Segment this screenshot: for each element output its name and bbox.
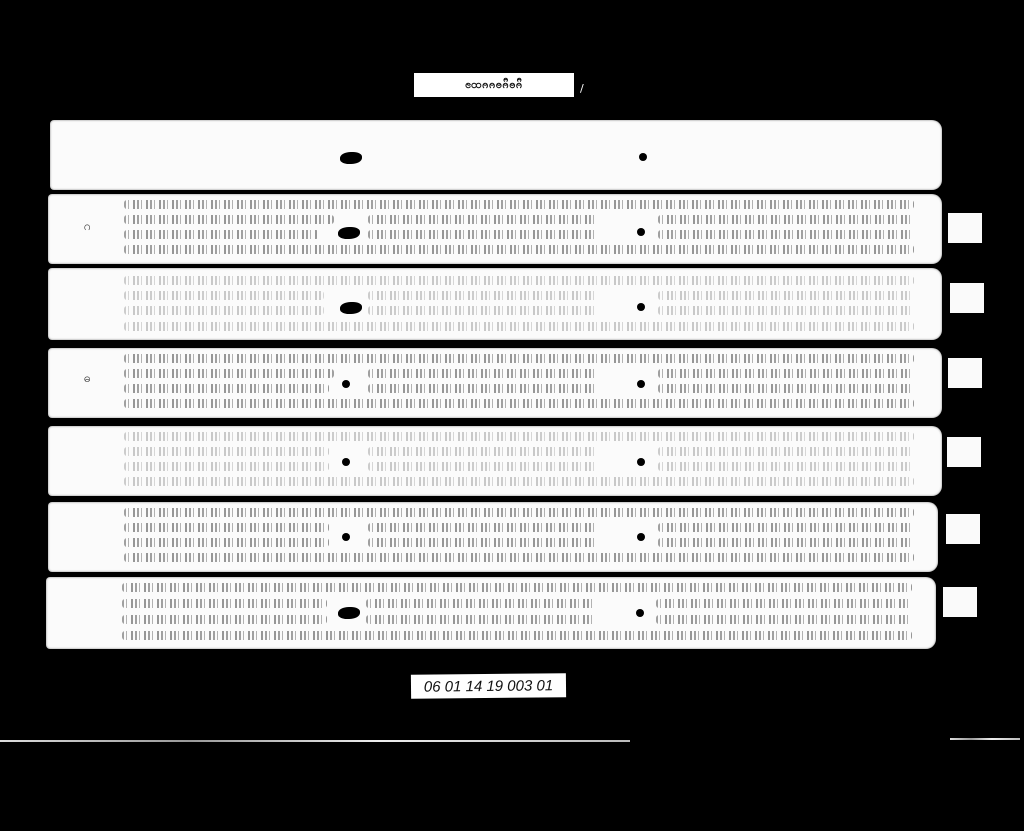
string-hole-icon <box>637 533 645 541</box>
leaf-number: ဓ <box>84 370 91 388</box>
script-line <box>122 615 327 624</box>
string-hole-icon <box>338 607 360 619</box>
script-line <box>658 523 913 532</box>
string-hole-icon <box>637 303 645 311</box>
leaf-1: ဂ <box>48 194 942 264</box>
script-line <box>368 447 598 456</box>
script-line <box>656 599 911 608</box>
script-line <box>368 230 598 239</box>
script-line <box>368 291 598 300</box>
script-line <box>124 306 324 315</box>
script-line <box>124 215 334 224</box>
leaf-number: ဂ <box>84 218 91 236</box>
script-line <box>658 215 913 224</box>
script-line <box>658 384 913 393</box>
leaf-tab <box>948 213 982 243</box>
script-line <box>368 384 598 393</box>
script-line <box>124 399 914 408</box>
script-line <box>124 553 914 562</box>
string-hole-icon <box>637 458 645 466</box>
film-edge-line <box>0 740 630 742</box>
script-line <box>368 523 598 532</box>
leaf-6 <box>46 577 936 649</box>
script-line <box>368 215 598 224</box>
string-hole-icon <box>639 153 647 161</box>
leaf-cover <box>50 120 942 190</box>
script-line <box>368 462 598 471</box>
script-line <box>124 200 914 209</box>
leaf-3: ဓ <box>48 348 942 418</box>
script-line <box>124 384 329 393</box>
leaf-tab <box>947 437 981 467</box>
script-line <box>124 462 329 471</box>
leaf-tab <box>946 514 980 544</box>
script-line <box>366 615 596 624</box>
string-hole-icon <box>340 302 362 314</box>
leaf-2 <box>48 268 942 340</box>
leaf-tab <box>950 283 984 313</box>
catalog-number-label: 06 01 14 19 003 01 <box>411 673 566 699</box>
string-hole-icon <box>338 227 360 239</box>
script-line <box>656 615 911 624</box>
script-line <box>124 523 329 532</box>
script-line <box>124 538 329 547</box>
leaf-5 <box>48 502 938 572</box>
title-label-text: ထေမမဓမ္မဓမ္မ <box>465 77 523 93</box>
string-hole-icon <box>342 380 350 388</box>
script-line <box>124 291 324 300</box>
script-line <box>658 230 913 239</box>
leaf-tab <box>943 587 977 617</box>
script-line <box>124 477 914 486</box>
script-line <box>366 599 596 608</box>
script-line <box>122 631 912 640</box>
catalog-number: 06 01 14 19 003 01 <box>424 677 553 695</box>
script-line <box>658 306 913 315</box>
script-line <box>368 369 598 378</box>
string-hole-icon <box>636 609 644 617</box>
script-line <box>658 538 913 547</box>
string-hole-icon <box>637 228 645 236</box>
slash-mark: / <box>580 82 584 95</box>
script-line <box>658 447 913 456</box>
script-line <box>658 369 913 378</box>
script-line <box>124 354 914 363</box>
string-hole-icon <box>637 380 645 388</box>
script-line <box>124 230 319 239</box>
script-line <box>124 369 334 378</box>
script-line <box>124 508 914 517</box>
string-hole-icon <box>342 458 350 466</box>
manuscript-title-label: ထေမမဓမ္မဓမ္မ <box>414 73 574 97</box>
script-line <box>122 599 327 608</box>
script-line <box>368 538 598 547</box>
string-hole-icon <box>342 533 350 541</box>
film-edge-line <box>950 738 1020 740</box>
script-line <box>368 306 598 315</box>
script-line <box>124 432 914 441</box>
string-hole-icon <box>340 152 362 164</box>
script-line <box>124 447 329 456</box>
script-line <box>658 291 913 300</box>
script-line <box>658 462 913 471</box>
script-line <box>124 322 914 331</box>
script-line <box>124 245 914 254</box>
leaf-tab <box>948 358 982 388</box>
leaf-4 <box>48 426 942 496</box>
script-line <box>122 583 912 592</box>
script-line <box>124 276 914 285</box>
